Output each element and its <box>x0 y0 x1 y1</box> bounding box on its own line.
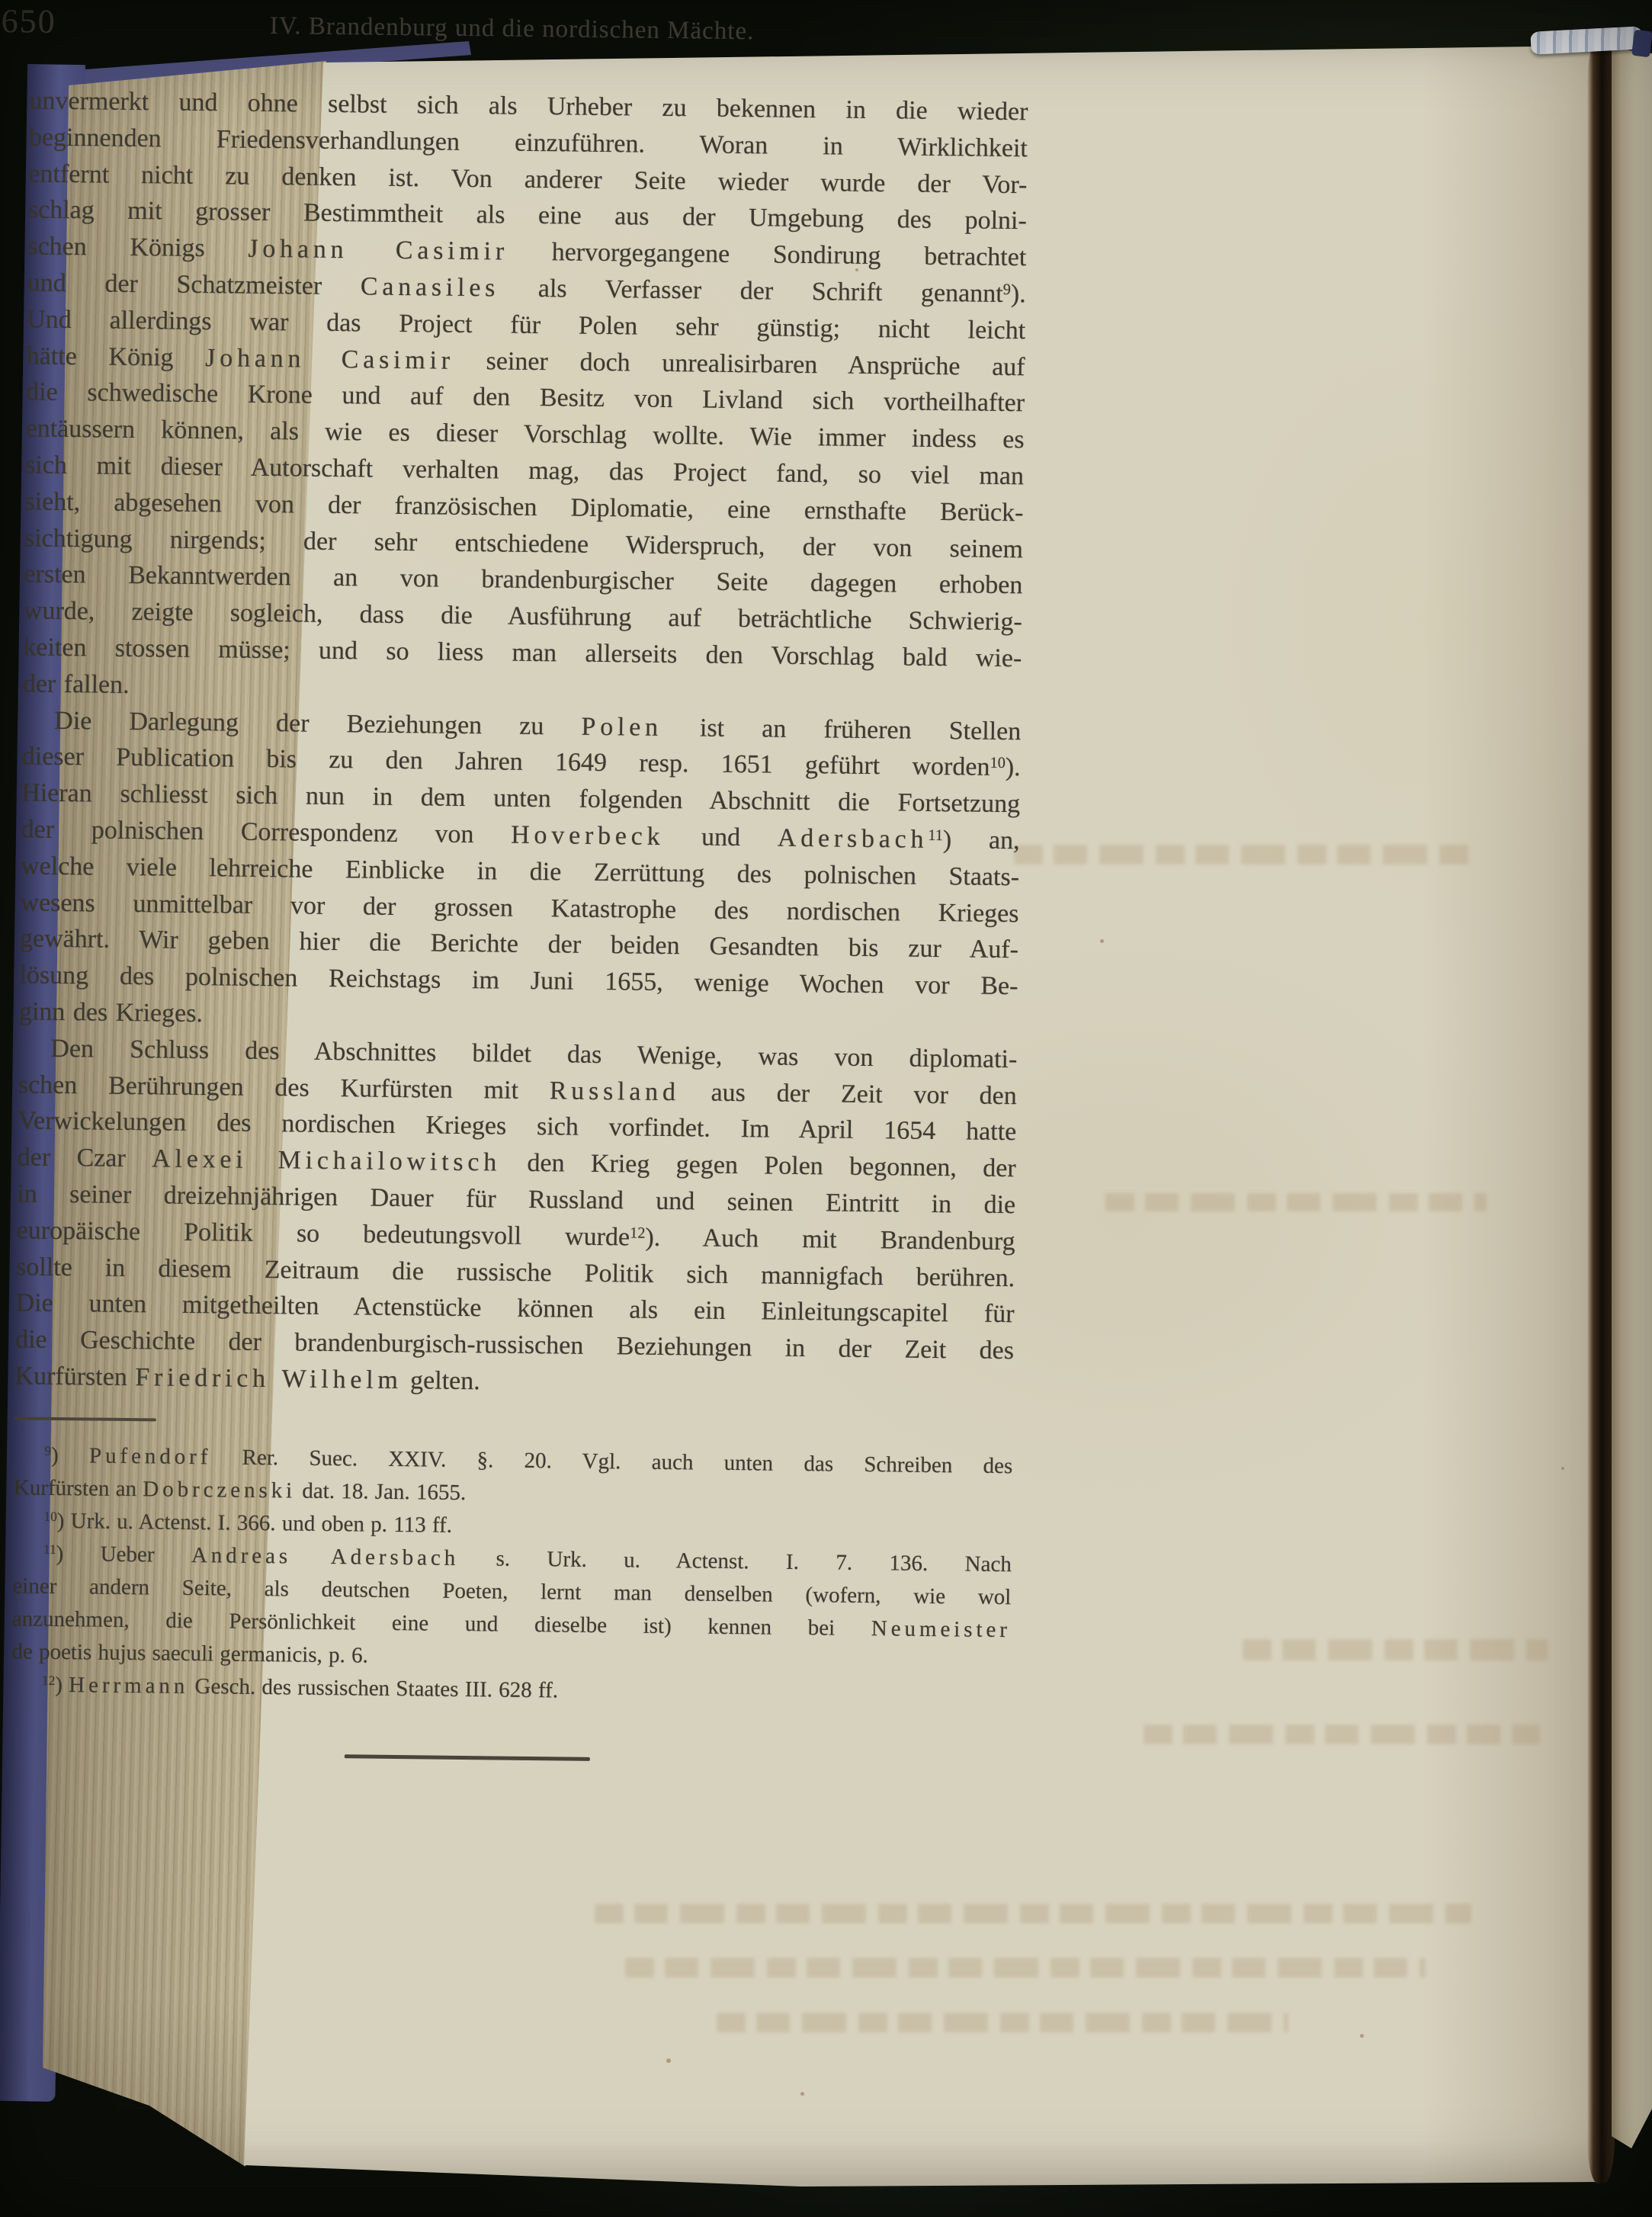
text-run: Johann Casimir <box>205 344 454 375</box>
text-run: der Czar <box>18 1143 152 1173</box>
spine-cloth-corner <box>1631 30 1652 58</box>
text-run: Pufendorf <box>89 1443 212 1469</box>
text-run: und <box>664 823 778 852</box>
text-run: hätte König <box>27 342 206 372</box>
text-run: der fallen. <box>23 669 130 699</box>
text-run: Den Schluss des Abschnittes bildet das W… <box>50 1035 1017 1073</box>
text-run: ) an, <box>943 826 1020 855</box>
text-run: ) Ueber <box>56 1542 191 1567</box>
paragraph: Die Darlegung der Beziehungen zu Polen i… <box>19 702 1022 1041</box>
text-run: ist an früheren Stellen <box>662 713 1022 745</box>
text-run: hervorgegangene Sondirung betrachtet <box>508 238 1027 272</box>
text-run: welche viele lehrreiche Einblicke in die… <box>21 852 1019 891</box>
dust-speck <box>855 268 858 271</box>
text-run: ) Urk. u. Actenst. I. 366. und oben p. 1… <box>57 1509 453 1538</box>
dust-speck <box>666 2058 671 2063</box>
footnote: 11) Ueber Andreas Adersbach s. Urk. u. A… <box>11 1537 1012 1680</box>
text-run: Andreas Adersbach <box>191 1543 460 1571</box>
dust-speck <box>1561 1467 1564 1470</box>
text-run: Alexei Michailowitsch <box>152 1144 501 1176</box>
text-run: aus der Zeit vor den <box>680 1078 1017 1110</box>
body-text: unvermerkt und ohne selbst sich als Urhe… <box>14 82 1028 1405</box>
text-run: sich mit dieser Autorschaft verhalten ma… <box>25 451 1024 490</box>
text-run: Kurfürsten <box>14 1362 135 1391</box>
showthrough-ghost-line <box>1105 1193 1487 1211</box>
text-run: Hieran schliesst sich nun in dem unten f… <box>21 779 1020 819</box>
text-run: die Geschichte der brandenburgisch-russi… <box>15 1325 1014 1365</box>
text-run: keiten stossen müsse; und so liess man a… <box>23 633 1022 672</box>
paragraph: unvermerkt und ohne selbst sich als Urhe… <box>23 82 1028 713</box>
showthrough-ghost-line <box>1144 1725 1540 1744</box>
footnotes: 9) Pufendorf Rer. Suec. XXIV. §. 20. Vgl… <box>11 1439 1013 1712</box>
text-run: Hoverbeck <box>511 821 665 851</box>
text-run: Herrmann <box>69 1673 188 1699</box>
text-run: schen Königs <box>27 233 248 263</box>
text-run: s. Urk. u. Actenst. I. 7. 136. Nach <box>459 1546 1012 1577</box>
text-run: sieht, abgesehen von der französischen D… <box>24 487 1023 527</box>
text-run: Polen <box>581 712 662 741</box>
showthrough-ghost-line <box>1243 1639 1548 1660</box>
text-run: schen Berührungen des Kurfürsten mit <box>18 1070 550 1105</box>
text-run: Johann Casimir <box>248 235 508 266</box>
text-run: Adersbach <box>778 824 929 854</box>
text-run: Dobrczenski <box>143 1477 296 1503</box>
text-run: gelten. <box>402 1366 480 1395</box>
facing-page-edge <box>1612 47 1652 2158</box>
text-run: Neumeister <box>871 1616 1011 1642</box>
text-run: dieser Publication bis zu den Jahren 164… <box>22 743 990 781</box>
dust-speck <box>1100 939 1104 943</box>
page-number: 650 <box>1 2 56 41</box>
footnote-marker: 9 <box>1003 281 1011 298</box>
footnote-marker: 12 <box>42 1673 56 1688</box>
text-run: Rer. Suec. XXIV. §. 20. Vgl. auch unten … <box>211 1445 1012 1478</box>
showthrough-ghost-line <box>717 2013 1288 2033</box>
paragraph: Den Schluss des Abschnittes bildet das W… <box>14 1030 1017 1406</box>
text-run: der polnischen Correspondenz von <box>21 815 511 849</box>
running-header: IV. Brandenburg und die nordischen Mächt… <box>217 11 806 47</box>
footnote-marker: 9 <box>44 1443 51 1458</box>
dust-speck <box>1360 2034 1364 2038</box>
text-run: beginnenden Friedensverhandlungen einzuf… <box>29 123 1028 162</box>
text-run: lösung des polnischen Reichstags im Juni… <box>19 961 1018 1000</box>
text-run: unvermerkt und ohne selbst sich als Urhe… <box>29 86 1028 126</box>
footnote-separator-rule <box>14 1417 156 1421</box>
text-run: den Krieg gegen Polen begonnen, der <box>501 1149 1016 1183</box>
text-run: Kurfürsten an <box>14 1475 143 1501</box>
footnote-marker: 12 <box>630 1224 646 1241</box>
text-run: ) <box>55 1673 69 1697</box>
page-content: 650 IV. Brandenburg und die nordischen M… <box>0 0 1098 1872</box>
text-run: und der Schatzmeister <box>27 268 361 300</box>
text-run: ginn des Krieges. <box>19 997 203 1028</box>
text-run: anzunehmen, die Persönlichkeit eine und … <box>12 1606 871 1641</box>
footnote: 9) Pufendorf Rer. Suec. XXIV. §. 20. Vgl… <box>14 1439 1013 1516</box>
showthrough-ghost-line <box>625 1958 1426 1978</box>
gutter-shadow <box>1587 40 1615 2183</box>
footnote-marker: 10 <box>990 755 1006 772</box>
text-run: als Verfasser der Schrift genannt <box>499 274 1003 307</box>
text-run: europäische Politik so bedeutungsvoll wu… <box>16 1216 630 1251</box>
text-run: ). Auch mit Brandenburg <box>645 1223 1015 1256</box>
text-run: Und allerdings war das Project für Polen… <box>27 305 1025 345</box>
text-run: dat. 18. Jan. 1655. <box>296 1479 466 1506</box>
text-run: ). <box>1011 280 1026 308</box>
text-run: ). <box>1006 753 1021 781</box>
text-run: Canasiles <box>361 272 500 302</box>
text-run: Gesch. des russischen Staates III. 628 f… <box>188 1674 558 1702</box>
text-run: in seiner dreizehnjährigen Dauer für Rus… <box>17 1179 1015 1219</box>
text-run: Russland <box>550 1076 680 1106</box>
text-run: Friedrich Wilhelm <box>135 1363 403 1394</box>
text-run: seiner doch unrealisirbaren Ansprüche au… <box>454 346 1025 380</box>
footnote-marker: 11 <box>928 827 943 844</box>
text-run: Die Darlegung der Beziehungen zu <box>54 706 582 740</box>
showthrough-ghost-line <box>595 1904 1471 1923</box>
dust-speck <box>800 2092 804 2096</box>
book-scan-photo: 650 IV. Brandenburg und die nordischen M… <box>0 0 1652 2217</box>
footnote-marker: 11 <box>43 1542 56 1557</box>
text-run: ) <box>51 1443 89 1468</box>
text-run: de poetis hujus saeculi germanicis, p. 6… <box>11 1639 368 1667</box>
section-end-rule <box>345 1754 590 1761</box>
footnote-marker: 10 <box>43 1509 57 1524</box>
